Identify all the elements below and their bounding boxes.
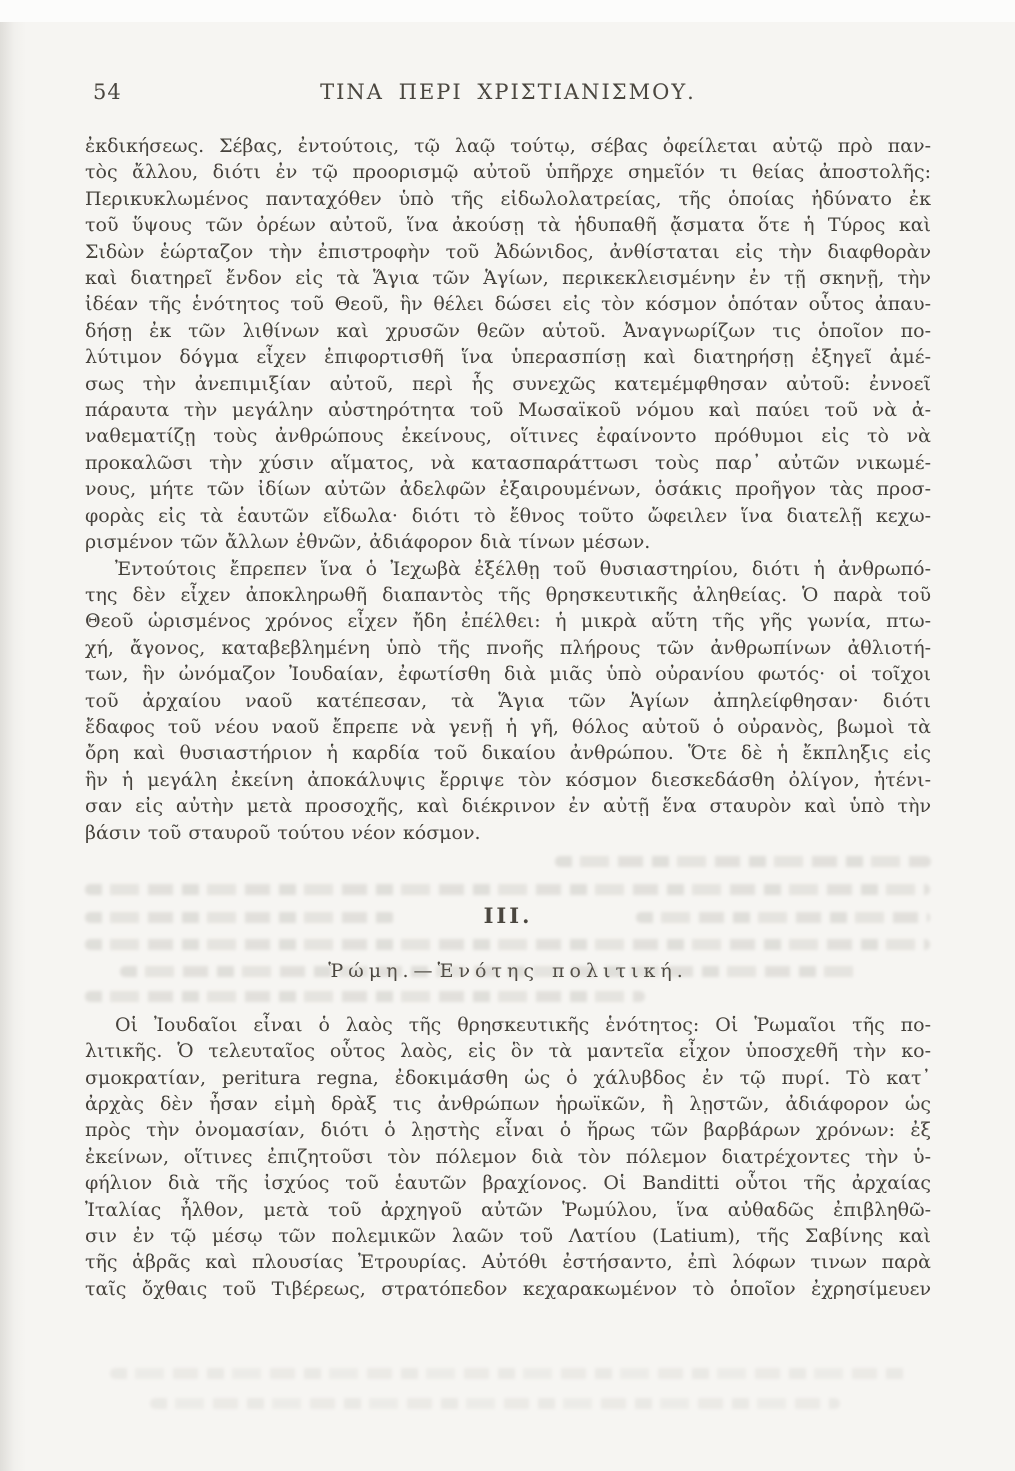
text-line: τοῦ ἀρχαίου ναοῦ κατέπεσαν, τὰ Ἅγια τῶν … [85, 688, 931, 714]
text-line: Θεοῦ ὡρισμένος χρόνος εἶχεν ἤδη ἐπέλθει:… [85, 608, 931, 634]
text-line: Ἐντούτοις ἔπρεπεν ἵνα ὁ Ἰεχωβὰ ἐξέλθῃ το… [85, 556, 931, 582]
text-line: τοῦ ὕψους τῶν ὀρέων αὐτοῦ, ἵνα ἀκούσῃ τὰ… [85, 212, 931, 238]
bleed-through-ghost-line [150, 1398, 840, 1409]
scanned-book-page: 54 ΤΙΝΑ ΠΕΡΙ ΧΡΙΣΤΙΑΝΙΣΜΟΥ. ἐκδικήσεως. … [0, 0, 1015, 1471]
text-line: ἰδέαν τῆς ἑνότητος τοῦ Θεοῦ, ἣν θέλει δώ… [85, 291, 931, 317]
text-line: φήλιον διὰ τῆς ἰσχύος τοῦ ἑαυτῶν βραχίον… [85, 1170, 931, 1196]
text-line: λύτιμον δόγμα εἶχεν ἐπιφορτισθῆ ἵνα ὑπερ… [85, 344, 931, 370]
section-heading: III. Ῥώμη.—Ἑνότης πολιτική. [85, 903, 931, 985]
paragraph-entoutois: Ἐντούτοις ἔπρεπεν ἵνα ὁ Ἰεχωβὰ ἐξέλθῃ το… [85, 556, 931, 846]
text-line: Ἰταλίας ἦλθον, μετὰ τοῦ ἀρχηγοῦ αὐτῶν Ῥω… [85, 1197, 931, 1223]
text-line: πάραυτα τὴν μεγάλην αὐστηρότητα τοῦ Μωσα… [85, 397, 931, 423]
running-title: ΤΙΝΑ ΠΕΡΙ ΧΡΙΣΤΙΑΝΙΣΜΟΥ. [85, 80, 931, 104]
text-line: Οἱ Ἰουδαῖοι εἶναι ὁ λαὸς τῆς θρησκευτικῆ… [85, 1012, 931, 1038]
paragraph-continuation: ἐκδικήσεως. Σέβας, ἐντούτοις, τῷ λαῷ τού… [85, 133, 931, 556]
page-header: 54 ΤΙΝΑ ΠΕΡΙ ΧΡΙΣΤΙΑΝΙΣΜΟΥ. [85, 80, 931, 110]
text-line: φορὰς εἰς τὰ ἑαυτῶν εἴδωλα· διότι τὸ ἔθν… [85, 503, 931, 529]
text-line: Περικυκλωμένος πανταχόθεν ὑπὸ τῆς εἰδωλο… [85, 186, 931, 212]
text-line: λιτικῆς. Ὁ τελευταῖος οὗτος λαὸς, εἰς ὃν… [85, 1038, 931, 1064]
text-line: ὄρη καὶ θυσιαστήριον ἡ καρδία τοῦ δικαίο… [85, 740, 931, 766]
text-line: νους, μήτε τῶν ἰδίων αὐτῶν ἀδελφῶν ἐξαιρ… [85, 476, 931, 502]
text-line: ἀρχὰς δὲν ἦσαν εἰμὴ δρὰξ τις ἀνθρώπων ἡρ… [85, 1091, 931, 1117]
text-line: δήσῃ ἐκ τῶν λιθίνων καὶ χρυσῶν θεῶν αὑτο… [85, 318, 931, 344]
text-line: σιν ἐν τῷ μέσῳ τῶν πολεμικῶν λαῶν τοῦ Λα… [85, 1223, 931, 1249]
section-number: III. [85, 903, 931, 929]
text-block: ἐκδικήσεως. Σέβας, ἐντούτοις, τῷ λαῷ τού… [85, 133, 931, 1302]
page-number: 54 [93, 80, 122, 104]
text-line: ναθεματίζῃ τοὺς ἀνθρώπους ἐκείνους, οἵτι… [85, 423, 931, 449]
text-line: ἔδαφος τοῦ νέου ναοῦ ἔπρεπε νὰ γενῇ ἡ γῆ… [85, 714, 931, 740]
text-line: ρισμένον τῶν ἄλλων ἐθνῶν, ἀδιάφορον διὰ … [85, 529, 931, 555]
text-line: σως τὴν ἀνεπιμιξίαν αὐτοῦ, περὶ ἧς συνεχ… [85, 371, 931, 397]
paragraph-rome: Οἱ Ἰουδαῖοι εἶναι ὁ λαὸς τῆς θρησκευτικῆ… [85, 1012, 931, 1302]
text-line: ἐκείνων, οἵτινες ἐπιζητοῦσι τὸν πόλεμον … [85, 1144, 931, 1170]
text-line: Σιδὼν ἑώρταζον τὴν ἐπιστροφὴν τοῦ Ἀδώνιδ… [85, 239, 931, 265]
text-line: βάσιν τοῦ σταυροῦ τούτου νέον κόσμον. [85, 820, 931, 846]
text-line: πρὸς τὴν ὀνομασίαν, διότι ὁ λῃστὴς εἶναι… [85, 1117, 931, 1143]
text-line: τῆς ἁβρᾶς καὶ πλουσίας Ἐτρουρίας. Αὐτόθι… [85, 1249, 931, 1275]
text-line: σαν εἰς αὐτὴν μετὰ προσοχῆς, καὶ διέκριν… [85, 793, 931, 819]
text-line: ἣν ἡ μεγάλη ἐκείνη ἀποκάλυψις ἔρριψε τὸν… [85, 767, 931, 793]
text-line: ταῖς ὄχθαις τοῦ Τιβέρεως, στρατόπεδον κε… [85, 1276, 931, 1302]
text-line: των, ἣν ὠνόμαζον Ἰουδαίαν, ἐφωτίσθη διὰ … [85, 661, 931, 687]
bleed-through-ghost-line [110, 1368, 910, 1379]
section-title: Ῥώμη.—Ἑνότης πολιτική. [85, 958, 931, 984]
text-line: τὸς ἄλλου, διότι ἐν τῷ προορισμῷ αὐτοῦ ὑ… [85, 159, 931, 185]
text-line: ἐκδικήσεως. Σέβας, ἐντούτοις, τῷ λαῷ τού… [85, 133, 931, 159]
text-line: καὶ διατηρεῖ ἔνδον εἰς τὰ Ἅγια τῶν Ἁγίων… [85, 265, 931, 291]
text-line: της δὲν εἶχεν ἀποκληρωθῆ διαπαντὸς τῆς θ… [85, 582, 931, 608]
text-line: προκαλῶσι τὴν χύσιν αἵματος, νὰ κατασπαρ… [85, 450, 931, 476]
text-line: χή, ἄγονος, καταβεβλημένη ὑπὸ τῆς πνοῆς … [85, 635, 931, 661]
text-line: σμοκρατίαν, peritura regna, ἐδοκιμάσθη ὡ… [85, 1065, 931, 1091]
